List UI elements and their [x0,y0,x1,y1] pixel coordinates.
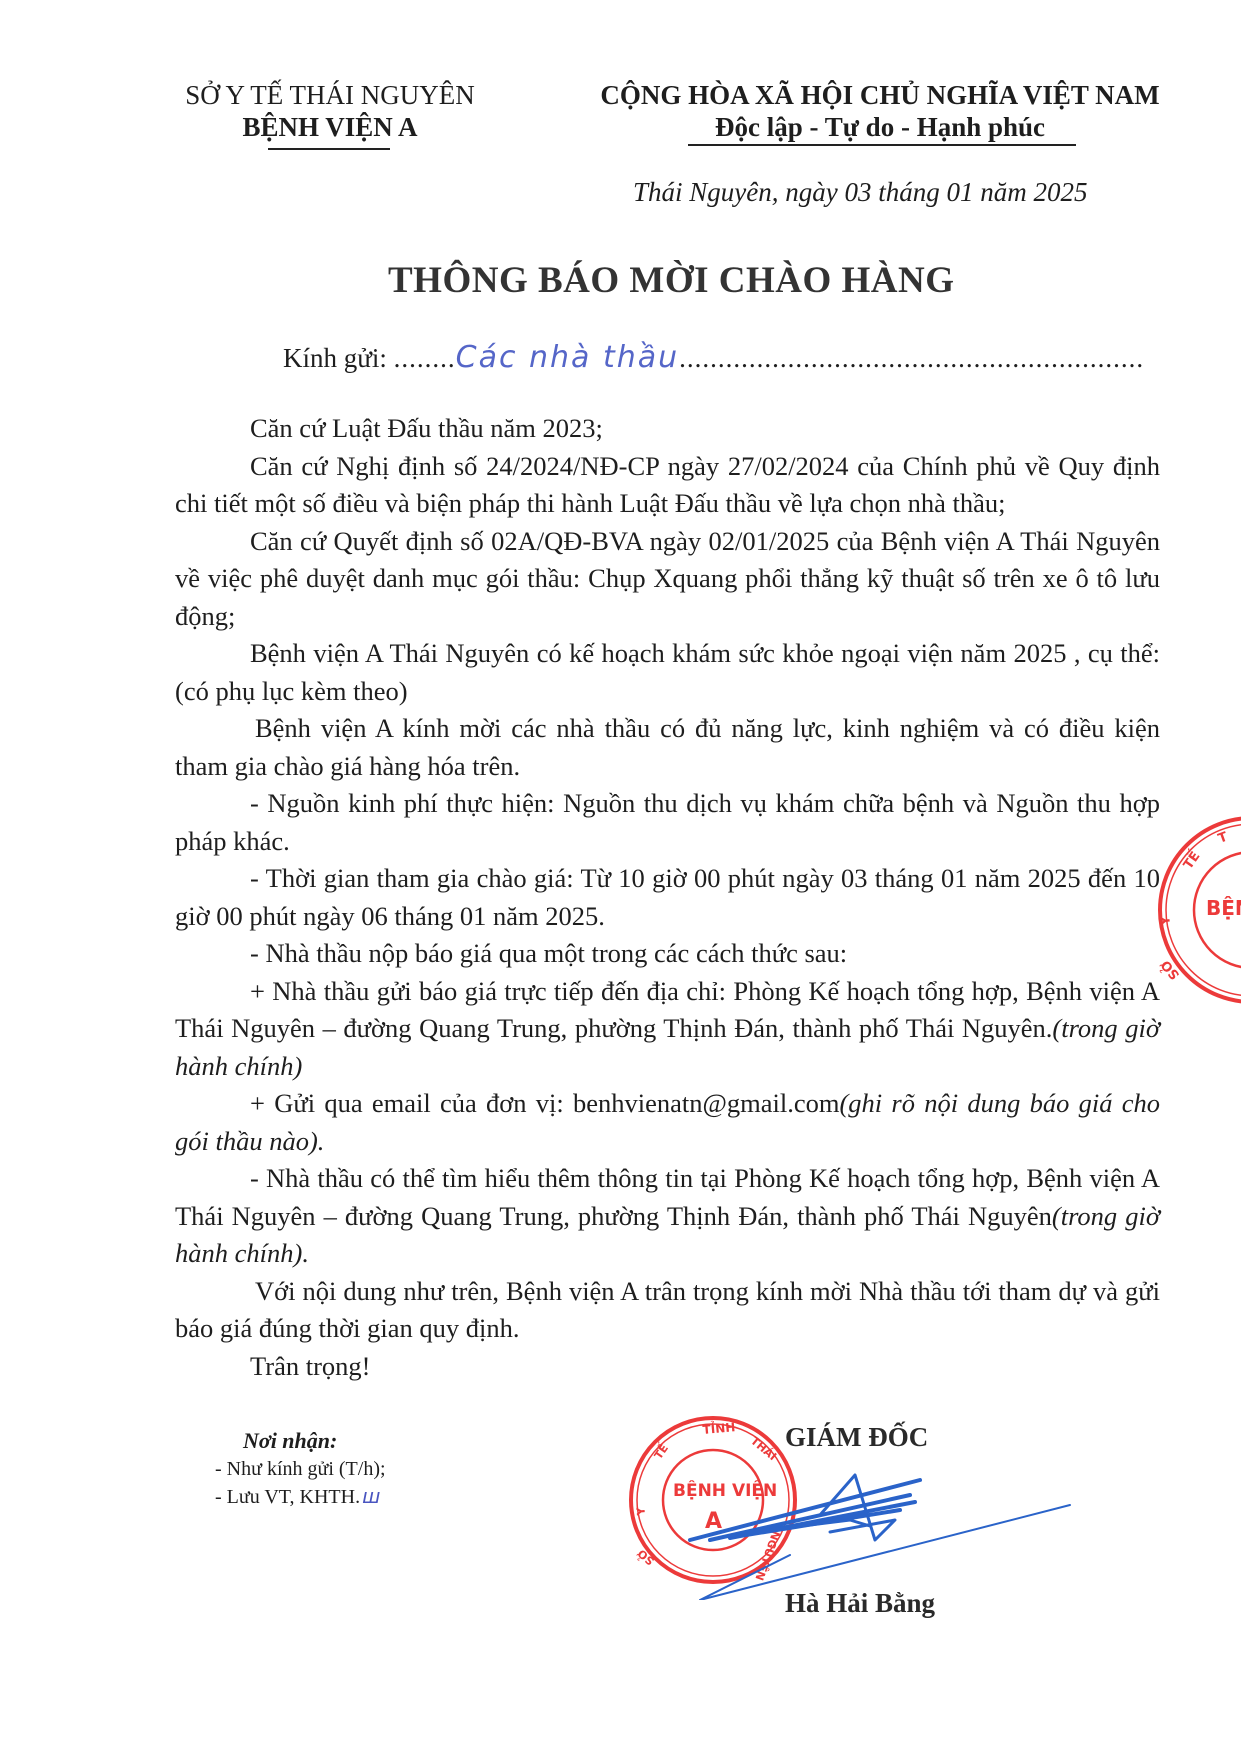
closing-regards: Trân trọng! [175,1348,1160,1386]
document-body: Căn cứ Luật Đấu thầu năm 2023; Căn cứ Ng… [175,410,1160,1385]
closing-invitation: Với nội dung như trên, Bệnh viện A trân … [175,1273,1160,1348]
motto: Độc lập - Tự do - Hạnh phúc [580,112,1180,143]
svg-text:T: T [1216,830,1230,847]
recipients-heading: Nơi nhận: [215,1428,386,1454]
basis-law: Căn cứ Luật Đấu thầu năm 2023; [175,410,1160,448]
org-parent: SỞ Y TẾ THÁI NGUYÊN [150,80,510,111]
recipient-handwritten: Các nhà thầu [456,340,679,375]
svg-text:THÁI: THÁI [748,1434,779,1463]
submission-methods: - Nhà thầu nộp báo giá qua một trong các… [175,935,1160,973]
recipient-item: - Lưu VT, KHTH.ш [215,1483,386,1511]
recipients-block: Nơi nhận: - Như kính gửi (T/h); - Lưu VT… [215,1428,386,1511]
svg-text:Y: Y [1158,915,1174,927]
seal-partial-icon: TẾ T Y SỞ BỆN [1140,815,1241,1005]
recipient-item: - Như kính gửi (T/h); [215,1456,386,1483]
invitation: Bệnh viện A kính mời các nhà thầu có đủ … [175,710,1160,785]
motto-underline [688,144,1076,146]
recipient-dots-after: ........................................… [679,343,1144,373]
nation-heading: CỘNG HÒA XÃ HỘI CHỦ NGHĨA VIỆT NAM [580,80,1180,111]
place-date: Thái Nguyên, ngày 03 tháng 01 năm 2025 [633,177,1087,208]
svg-text:SỞ: SỞ [1156,956,1183,983]
signature-icon [670,1460,1090,1600]
submission-email-text: + Gửi qua email của đơn vị: benhvienatn@… [250,1088,839,1118]
funding-source: - Nguồn kinh phí thực hiện: Nguồn thu dị… [175,785,1160,860]
signer-name: Hà Hải Bằng [785,1588,935,1619]
recipient-line: Kính gửi: ........Các nhà thầu..........… [283,340,1144,375]
basis-decree: Căn cứ Nghị định số 24/2024/NĐ-CP ngày 2… [175,448,1160,523]
handwritten-initials: ш [362,1484,380,1508]
plan-statement: Bệnh viện A Thái Nguyên có kế hoạch khám… [175,635,1160,710]
more-info: - Nhà thầu có thể tìm hiểu thêm thông ti… [175,1160,1160,1273]
recipient-item-text: - Lưu VT, KHTH. [215,1486,360,1508]
signer-position: GIÁM ĐỐC [785,1422,928,1453]
basis-decision: Căn cứ Quyết định số 02A/QĐ-BVA ngày 02/… [175,523,1160,636]
org-underline [268,148,390,150]
document-title: THÔNG BÁO MỜI CHÀO HÀNG [388,259,955,302]
org-name: BỆNH VIỆN A [150,112,510,143]
seal-top-text: TỈNH [702,1418,736,1437]
recipient-dots: ........ [394,343,456,373]
svg-text:BỆN: BỆN [1206,896,1241,920]
svg-text:SỞ: SỞ [634,1546,657,1568]
more-info-text: - Nhà thầu có thể tìm hiểu thêm thông ti… [175,1163,1160,1231]
submission-email: + Gửi qua email của đơn vị: benhvienatn@… [175,1085,1160,1160]
submission-direct: + Nhà thầu gửi báo giá trực tiếp đến địa… [175,973,1160,1086]
bidding-period: - Thời gian tham gia chào giá: Từ 10 giờ… [175,860,1160,935]
submission-direct-text: + Nhà thầu gửi báo giá trực tiếp đến địa… [175,976,1160,1044]
recipient-label: Kính gửi: [283,343,387,373]
svg-text:Y: Y [634,1506,648,1517]
